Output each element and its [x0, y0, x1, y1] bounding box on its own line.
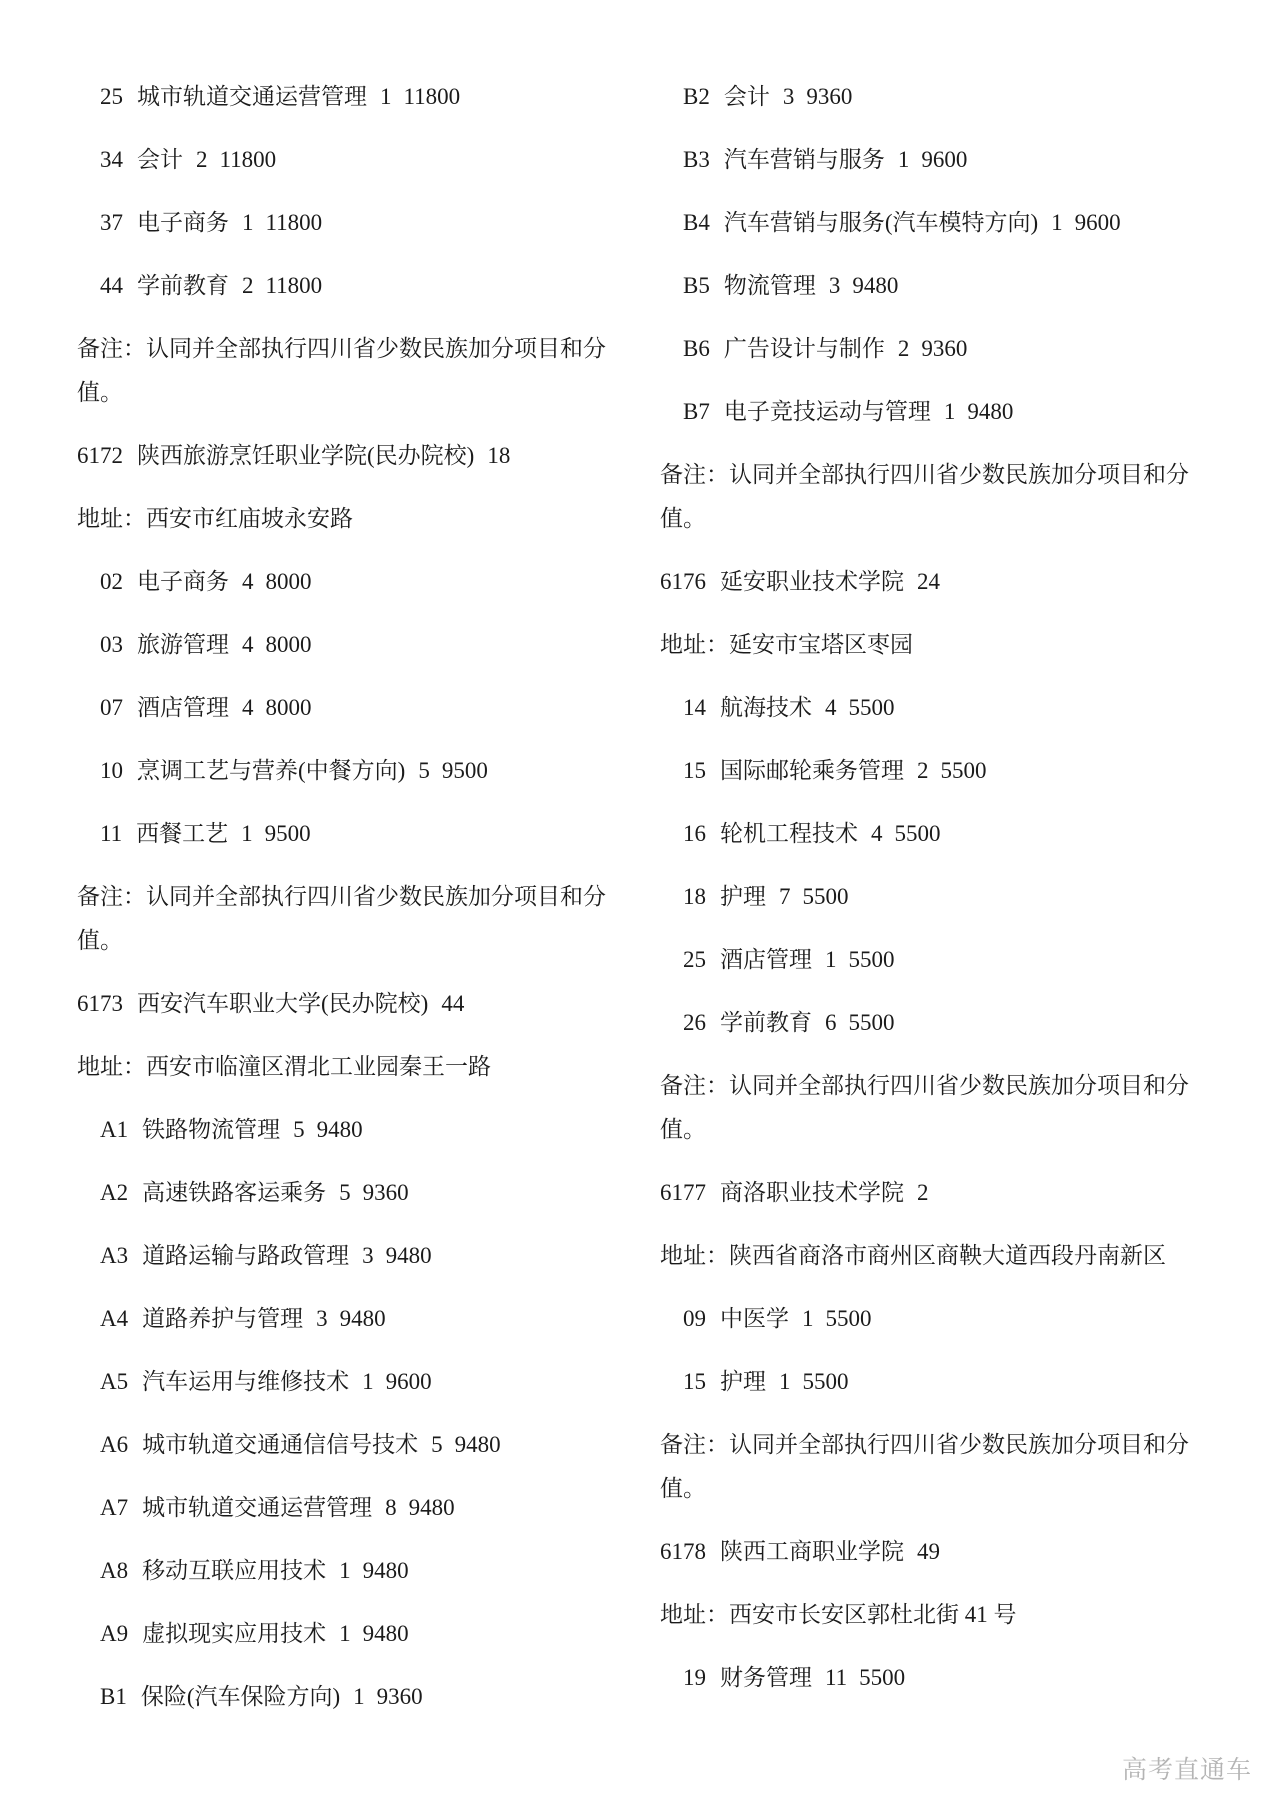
- note-line: 备注：认同并全部执行四川省少数民族加分项目和分值。: [660, 1064, 1240, 1152]
- major-item-line: B3汽车营销与服务19600: [660, 138, 1240, 182]
- school-code: 6176: [660, 569, 706, 594]
- school-line: 6177商洛职业技术学院2: [660, 1171, 1240, 1215]
- major-item-line: 15国际邮轮乘务管理25500: [660, 749, 1240, 793]
- school-plan-total: 49: [917, 1539, 940, 1564]
- tuition-fee: 5500: [859, 1665, 905, 1690]
- major-item-line: 14航海技术45500: [660, 686, 1240, 730]
- note-text: 备注：认同并全部执行四川省少数民族加分项目和分: [77, 327, 637, 371]
- major-name: 电子商务: [137, 210, 229, 235]
- major-item-line: B4汽车营销与服务(汽车模特方向)19600: [660, 201, 1240, 245]
- tuition-fee: 9500: [442, 758, 488, 783]
- tuition-fee: 5500: [803, 884, 849, 909]
- school-name: 商洛职业技术学院: [720, 1180, 904, 1205]
- plan-count: 6: [825, 1010, 837, 1035]
- major-code: 26: [683, 1010, 706, 1035]
- major-item-line: A1铁路物流管理59480: [77, 1108, 637, 1152]
- school-name: 延安职业技术学院: [720, 569, 904, 594]
- school-plan-total: 2: [917, 1180, 929, 1205]
- plan-count: 1: [779, 1369, 791, 1394]
- school-code: 6172: [77, 443, 123, 468]
- major-code: A1: [100, 1117, 128, 1142]
- tuition-fee: 5500: [849, 695, 895, 720]
- plan-count: 1: [242, 210, 254, 235]
- school-code: 6173: [77, 991, 123, 1016]
- note-text: 备注：认同并全部执行四川省少数民族加分项目和分: [660, 453, 1240, 497]
- major-code: 44: [100, 273, 123, 298]
- plan-count: 5: [339, 1180, 351, 1205]
- tuition-fee: 9500: [265, 821, 311, 846]
- address-line: 地址：西安市长安区郭杜北街 41 号: [660, 1593, 1240, 1637]
- tuition-fee: 9480: [455, 1432, 501, 1457]
- major-item-line: 25城市轨道交通运营管理111800: [77, 75, 637, 119]
- plan-count: 1: [353, 1684, 365, 1709]
- major-name: 物流管理: [724, 273, 816, 298]
- major-name: 学前教育: [720, 1010, 812, 1035]
- major-item-line: 26学前教育65500: [660, 1001, 1240, 1045]
- major-name: 护理: [720, 1369, 766, 1394]
- address-line: 地址：西安市临潼区渭北工业园秦王一路: [77, 1045, 637, 1089]
- major-item-line: 09中医学15500: [660, 1297, 1240, 1341]
- major-item-line: B1保险(汽车保险方向)19360: [77, 1675, 637, 1719]
- major-name: 轮机工程技术: [720, 821, 858, 846]
- plan-count: 1: [802, 1306, 814, 1331]
- tuition-fee: 9480: [363, 1621, 409, 1646]
- tuition-fee: 11800: [220, 147, 277, 172]
- major-code: 09: [683, 1306, 706, 1331]
- major-code: B1: [100, 1684, 127, 1709]
- major-code: B5: [683, 273, 710, 298]
- plan-count: 3: [783, 84, 795, 109]
- major-code: 34: [100, 147, 123, 172]
- major-code: 02: [100, 569, 123, 594]
- plan-count: 1: [380, 84, 392, 109]
- tuition-fee: 9480: [317, 1117, 363, 1142]
- tuition-fee: 5500: [895, 821, 941, 846]
- major-name: 汽车营销与服务: [724, 147, 885, 172]
- school-plan-total: 18: [487, 443, 510, 468]
- major-name: 酒店管理: [137, 695, 229, 720]
- plan-count: 1: [944, 399, 956, 424]
- tuition-fee: 5500: [826, 1306, 872, 1331]
- major-name: 电子竞技运动与管理: [724, 399, 931, 424]
- school-line: 6173西安汽车职业大学(民办院校)44: [77, 982, 637, 1026]
- watermark-gaokao-zhitongche: 高考直通车: [1122, 1750, 1252, 1786]
- plan-count: 8: [385, 1495, 397, 1520]
- major-name: 汽车运用与维修技术: [142, 1369, 349, 1394]
- address-line: 地址：陕西省商洛市商州区商鞅大道西段丹南新区: [660, 1234, 1240, 1278]
- major-code: A8: [100, 1558, 128, 1583]
- major-item-line: 37电子商务111800: [77, 201, 637, 245]
- major-item-line: 25酒店管理15500: [660, 938, 1240, 982]
- tuition-fee: 11800: [266, 210, 323, 235]
- major-item-line: 07酒店管理48000: [77, 686, 637, 730]
- plan-count: 1: [339, 1621, 351, 1646]
- major-name: 电子商务: [137, 569, 229, 594]
- tuition-fee: 9360: [921, 336, 967, 361]
- major-name: 护理: [720, 884, 766, 909]
- plan-count: 5: [418, 758, 430, 783]
- major-code: 25: [100, 84, 123, 109]
- major-item-line: 10烹调工艺与营养(中餐方向)59500: [77, 749, 637, 793]
- major-code: 07: [100, 695, 123, 720]
- school-line: 6176延安职业技术学院24: [660, 560, 1240, 604]
- major-code: 10: [100, 758, 123, 783]
- major-item-line: 11西餐工艺19500: [77, 812, 637, 856]
- major-item-line: 02电子商务48000: [77, 560, 637, 604]
- major-name: 航海技术: [720, 695, 812, 720]
- plan-count: 2: [917, 758, 929, 783]
- major-name: 国际邮轮乘务管理: [720, 758, 904, 783]
- major-code: B7: [683, 399, 710, 424]
- note-text: 值。: [77, 919, 637, 963]
- major-name: 财务管理: [720, 1665, 812, 1690]
- major-item-line: A7城市轨道交通运营管理89480: [77, 1486, 637, 1530]
- plan-count: 4: [242, 569, 254, 594]
- major-code: A9: [100, 1621, 128, 1646]
- major-code: A3: [100, 1243, 128, 1268]
- left-column: 25城市轨道交通运营管理11180034会计21180037电子商务111800…: [77, 75, 637, 1738]
- note-line: 备注：认同并全部执行四川省少数民族加分项目和分值。: [660, 1423, 1240, 1511]
- major-item-line: 44学前教育211800: [77, 264, 637, 308]
- note-text: 值。: [660, 1108, 1240, 1152]
- plan-count: 1: [825, 947, 837, 972]
- school-line: 6172陕西旅游烹饪职业学院(民办院校)18: [77, 434, 637, 478]
- plan-count: 1: [898, 147, 910, 172]
- tuition-fee: 8000: [266, 632, 312, 657]
- school-code: 6177: [660, 1180, 706, 1205]
- major-item-line: 18护理75500: [660, 875, 1240, 919]
- page: { "page": { "background": "#ffffff", "te…: [0, 0, 1280, 1810]
- plan-count: 3: [362, 1243, 374, 1268]
- major-code: B6: [683, 336, 710, 361]
- plan-count: 1: [362, 1369, 374, 1394]
- school-plan-total: 24: [917, 569, 940, 594]
- major-name: 移动互联应用技术: [142, 1558, 326, 1583]
- plan-count: 5: [431, 1432, 443, 1457]
- school-code: 6178: [660, 1539, 706, 1564]
- note-text: 备注：认同并全部执行四川省少数民族加分项目和分: [660, 1064, 1240, 1108]
- major-item-line: B6广告设计与制作29360: [660, 327, 1240, 371]
- plan-count: 1: [339, 1558, 351, 1583]
- note-text: 备注：认同并全部执行四川省少数民族加分项目和分: [660, 1423, 1240, 1467]
- major-name: 虚拟现实应用技术: [142, 1621, 326, 1646]
- major-item-line: A4道路养护与管理39480: [77, 1297, 637, 1341]
- major-name: 西餐工艺: [136, 821, 228, 846]
- major-code: 37: [100, 210, 123, 235]
- tuition-fee: 9600: [1075, 210, 1121, 235]
- tuition-fee: 11800: [266, 273, 323, 298]
- major-name: 学前教育: [137, 273, 229, 298]
- major-item-line: A3道路运输与路政管理39480: [77, 1234, 637, 1278]
- tuition-fee: 9480: [386, 1243, 432, 1268]
- major-code: B2: [683, 84, 710, 109]
- major-item-line: A9虚拟现实应用技术19480: [77, 1612, 637, 1656]
- plan-count: 3: [829, 273, 841, 298]
- major-name: 城市轨道交通运营管理: [137, 84, 367, 109]
- major-code: A2: [100, 1180, 128, 1205]
- major-code: B3: [683, 147, 710, 172]
- major-item-line: 34会计211800: [77, 138, 637, 182]
- tuition-fee: 9360: [377, 1684, 423, 1709]
- major-code: 15: [683, 758, 706, 783]
- major-name: 汽车营销与服务(汽车模特方向): [724, 210, 1038, 235]
- plan-count: 11: [825, 1665, 847, 1690]
- major-name: 道路养护与管理: [142, 1306, 303, 1331]
- plan-count: 4: [242, 695, 254, 720]
- major-name: 城市轨道交通运营管理: [142, 1495, 372, 1520]
- plan-count: 2: [898, 336, 910, 361]
- plan-count: 1: [1051, 210, 1063, 235]
- tuition-fee: 5500: [803, 1369, 849, 1394]
- note-text: 值。: [77, 371, 637, 415]
- major-name: 道路运输与路政管理: [142, 1243, 349, 1268]
- tuition-fee: 9480: [363, 1558, 409, 1583]
- tuition-fee: 9600: [921, 147, 967, 172]
- tuition-fee: 9480: [967, 399, 1013, 424]
- major-code: B4: [683, 210, 710, 235]
- major-item-line: A8移动互联应用技术19480: [77, 1549, 637, 1593]
- plan-count: 4: [242, 632, 254, 657]
- major-code: 19: [683, 1665, 706, 1690]
- plan-count: 7: [779, 884, 791, 909]
- plan-count: 5: [293, 1117, 305, 1142]
- major-item-line: A5汽车运用与维修技术19600: [77, 1360, 637, 1404]
- note-line: 备注：认同并全部执行四川省少数民族加分项目和分值。: [77, 327, 637, 415]
- note-line: 备注：认同并全部执行四川省少数民族加分项目和分值。: [660, 453, 1240, 541]
- school-name: 陕西旅游烹饪职业学院(民办院校): [137, 443, 474, 468]
- note-line: 备注：认同并全部执行四川省少数民族加分项目和分值。: [77, 875, 637, 963]
- major-code: A7: [100, 1495, 128, 1520]
- major-code: 18: [683, 884, 706, 909]
- tuition-fee: 9480: [852, 273, 898, 298]
- major-name: 烹调工艺与营养(中餐方向): [137, 758, 405, 783]
- school-line: 6178陕西工商职业学院49: [660, 1530, 1240, 1574]
- major-item-line: A2高速铁路客运乘务59360: [77, 1171, 637, 1215]
- major-code: A4: [100, 1306, 128, 1331]
- tuition-fee: 8000: [266, 695, 312, 720]
- address-line: 地址：西安市红庙坡永安路: [77, 497, 637, 541]
- major-code: 11: [100, 821, 122, 846]
- tuition-fee: 9480: [340, 1306, 386, 1331]
- major-code: A6: [100, 1432, 128, 1457]
- note-text: 备注：认同并全部执行四川省少数民族加分项目和分: [77, 875, 637, 919]
- major-code: 25: [683, 947, 706, 972]
- major-item-line: B7电子竞技运动与管理19480: [660, 390, 1240, 434]
- major-name: 会计: [724, 84, 770, 109]
- major-name: 高速铁路客运乘务: [142, 1180, 326, 1205]
- note-text: 值。: [660, 497, 1240, 541]
- tuition-fee: 5500: [849, 1010, 895, 1035]
- major-name: 铁路物流管理: [142, 1117, 280, 1142]
- major-item-line: 16轮机工程技术45500: [660, 812, 1240, 856]
- major-name: 保险(汽车保险方向): [141, 1684, 340, 1709]
- right-column: B2会计39360B3汽车营销与服务19600B4汽车营销与服务(汽车模特方向)…: [660, 75, 1240, 1719]
- major-item-line: B5物流管理39480: [660, 264, 1240, 308]
- major-name: 旅游管理: [137, 632, 229, 657]
- plan-count: 1: [241, 821, 253, 846]
- tuition-fee: 11800: [404, 84, 461, 109]
- major-code: 15: [683, 1369, 706, 1394]
- major-item-line: 19财务管理115500: [660, 1656, 1240, 1700]
- tuition-fee: 9360: [806, 84, 852, 109]
- address-line: 地址：延安市宝塔区枣园: [660, 623, 1240, 667]
- plan-count: 2: [242, 273, 254, 298]
- school-name: 西安汽车职业大学(民办院校): [137, 991, 428, 1016]
- major-name: 城市轨道交通通信信号技术: [142, 1432, 418, 1457]
- note-text: 值。: [660, 1467, 1240, 1511]
- plan-count: 3: [316, 1306, 328, 1331]
- tuition-fee: 8000: [266, 569, 312, 594]
- school-plan-total: 44: [441, 991, 464, 1016]
- plan-count: 2: [196, 147, 208, 172]
- major-name: 广告设计与制作: [724, 336, 885, 361]
- major-item-line: 03旅游管理48000: [77, 623, 637, 667]
- major-code: 16: [683, 821, 706, 846]
- major-code: 03: [100, 632, 123, 657]
- major-code: A5: [100, 1369, 128, 1394]
- major-name: 中医学: [720, 1306, 789, 1331]
- plan-count: 4: [871, 821, 883, 846]
- tuition-fee: 5500: [941, 758, 987, 783]
- tuition-fee: 9360: [363, 1180, 409, 1205]
- school-name: 陕西工商职业学院: [720, 1539, 904, 1564]
- major-item-line: A6城市轨道交通通信信号技术59480: [77, 1423, 637, 1467]
- major-item-line: B2会计39360: [660, 75, 1240, 119]
- major-name: 会计: [137, 147, 183, 172]
- tuition-fee: 5500: [849, 947, 895, 972]
- major-name: 酒店管理: [720, 947, 812, 972]
- major-item-line: 15护理15500: [660, 1360, 1240, 1404]
- tuition-fee: 9480: [409, 1495, 455, 1520]
- major-code: 14: [683, 695, 706, 720]
- tuition-fee: 9600: [386, 1369, 432, 1394]
- plan-count: 4: [825, 695, 837, 720]
